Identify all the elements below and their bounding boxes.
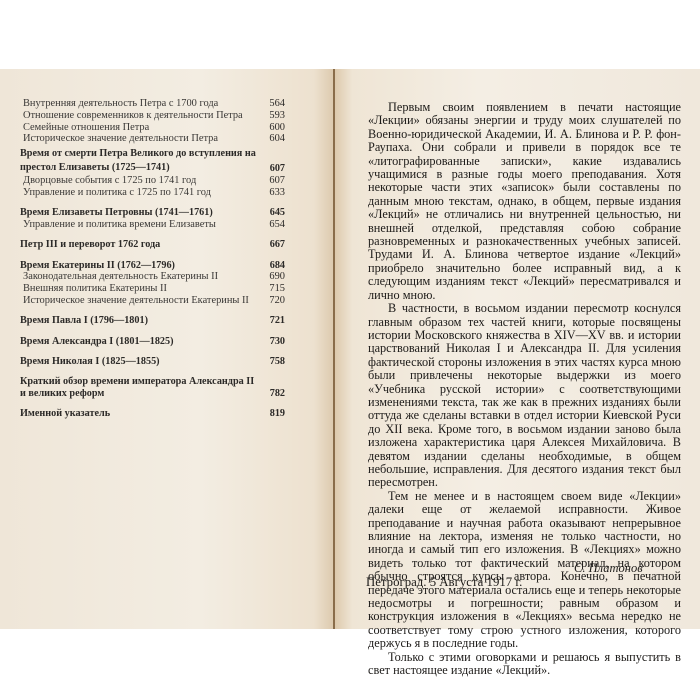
author-signature: С. Платонов xyxy=(574,561,643,576)
toc-chapter-entry: Время Павла I (1796—1801)721 xyxy=(20,315,285,326)
toc-entry-title: Петр III и переворот 1762 года xyxy=(20,239,263,250)
toc-chapter-entry: Петр III и переворот 1762 года667 xyxy=(20,239,285,250)
toc-page-number: 607 xyxy=(263,163,285,174)
toc-entry-title: Именной указатель xyxy=(20,408,263,419)
toc-entry-title: Семейные отношения Петра xyxy=(20,122,263,133)
preface-text: Первым своим появлением в печати настоящ… xyxy=(368,101,681,677)
toc-entry-title: Время Елизаветы Петровны (1741—1761) xyxy=(20,207,263,218)
toc-page-number: 600 xyxy=(263,122,285,133)
toc-page-number: 633 xyxy=(263,187,285,198)
toc-entry-title: Время Александра I (1801—1825) xyxy=(20,336,263,347)
toc-subentry: Внутренняя деятельность Петра с 1700 год… xyxy=(20,98,285,109)
toc-entry-title: Историческое значение деятельности Екате… xyxy=(20,295,263,306)
toc-page-number: 690 xyxy=(263,271,285,282)
toc-page-number: 758 xyxy=(263,356,285,367)
toc-page-number: 607 xyxy=(263,175,285,186)
toc-page-number: 654 xyxy=(263,219,285,230)
preface-paragraph: Первым своим появлением в печати настоящ… xyxy=(368,101,681,302)
toc-subentry: Дворцовые события с 1725 по 1741 год607 xyxy=(20,175,285,186)
toc-page-number: 730 xyxy=(263,336,285,347)
toc-chapter-entry: Время Елизаветы Петровны (1741—1761)645 xyxy=(20,207,285,218)
toc-page-number: 667 xyxy=(263,239,285,250)
toc-subentry: Историческое значение деятельности Екате… xyxy=(20,295,285,306)
toc-subentry: Управление и политика с 1725 по 1741 год… xyxy=(20,187,285,198)
toc-entry-title: Время от смерти Петра Великого до вступл… xyxy=(20,147,263,175)
toc-entry-title: Краткий обзор времени императора Алексан… xyxy=(20,376,263,399)
preface-paragraph: В частности, в восьмом издании пересмотр… xyxy=(368,302,681,490)
toc-page-number: 819 xyxy=(263,408,285,419)
toc-entry-title: Управление и политика с 1725 по 1741 год xyxy=(20,187,263,198)
toc-subentry: Внешняя политика Екатерины II715 xyxy=(20,283,285,294)
toc-entry-title: Законодательная деятельность Екатерины I… xyxy=(20,271,263,282)
toc-subentry: Семейные отношения Петра600 xyxy=(20,122,285,133)
toc-entry-title: Время Екатерины II (1762—1796) xyxy=(20,260,263,271)
toc-subentry: Отношение современников к деятельности П… xyxy=(20,110,285,121)
dateline: Петроград. 5 Августа 1917 г. xyxy=(366,575,522,590)
toc-subentry: Историческое значение деятельности Петра… xyxy=(20,133,285,144)
toc-entry-title: Историческое значение деятельности Петра xyxy=(20,133,263,144)
preface-paragraph: Только с этими оговорками и решаюсь я вы… xyxy=(368,651,681,678)
toc-chapter-entry: Краткий обзор времени императора Алексан… xyxy=(20,376,285,399)
toc-page-number: 593 xyxy=(263,110,285,121)
left-page-table-of-contents: Внутренняя деятельность Петра с 1700 год… xyxy=(0,69,334,629)
toc-page-number: 715 xyxy=(263,283,285,294)
toc-subentry: Законодательная деятельность Екатерины I… xyxy=(20,271,285,282)
toc-page-number: 720 xyxy=(263,295,285,306)
toc-entry-title: Время Павла I (1796—1801) xyxy=(20,315,263,326)
toc-page-number: 782 xyxy=(263,388,285,399)
toc-chapter-entry: Именной указатель819 xyxy=(20,408,285,419)
toc-chapter-entry: Время Александра I (1801—1825)730 xyxy=(20,336,285,347)
toc-chapter-entry: Время Николая I (1825—1855)758 xyxy=(20,356,285,367)
toc-page-number: 604 xyxy=(263,133,285,144)
toc-chapter-entry: Время от смерти Петра Великого до вступл… xyxy=(20,147,285,175)
toc-page-number: 684 xyxy=(263,260,285,271)
toc-entry-title: Время Николая I (1825—1855) xyxy=(20,356,263,367)
toc-page-number: 721 xyxy=(263,315,285,326)
toc-entry-title: Отношение современников к деятельности П… xyxy=(20,110,263,121)
toc-entry-title: Внешняя политика Екатерины II xyxy=(20,283,263,294)
book-gutter xyxy=(333,69,335,629)
toc-entry-title: Внутренняя деятельность Петра с 1700 год… xyxy=(20,98,263,109)
toc-subentry: Управление и политика времени Елизаветы6… xyxy=(20,219,285,230)
toc-page-number: 645 xyxy=(263,207,285,218)
toc-chapter-entry: Время Екатерины II (1762—1796)684 xyxy=(20,260,285,271)
toc-entry-title: Управление и политика времени Елизаветы xyxy=(20,219,263,230)
toc-page-number: 564 xyxy=(263,98,285,109)
table-of-contents: Внутренняя деятельность Петра с 1700 год… xyxy=(20,98,285,420)
toc-entry-title: Дворцовые события с 1725 по 1741 год xyxy=(20,175,263,186)
